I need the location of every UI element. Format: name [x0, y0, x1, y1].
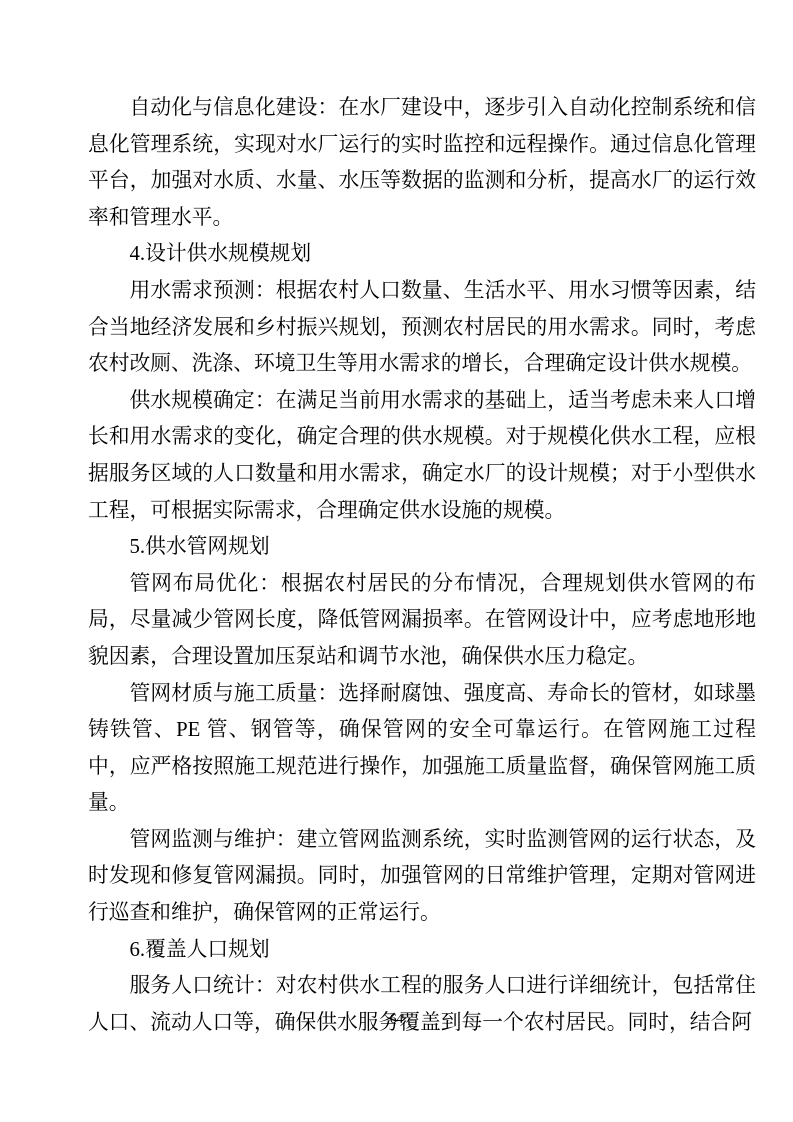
paragraph-supply-scale-determination: 供水规模确定：在满足当前用水需求的基础上，适当考虑未来人口增长和用水需求的变化，… — [88, 383, 756, 529]
page-number: 64 — [0, 1010, 793, 1028]
paragraph-water-demand-forecast: 用水需求预测：根据农村人口数量、生活水平、用水习惯等因素，结合当地经济发展和乡村… — [88, 273, 756, 383]
section-heading-5-pipe-network-planning: 5.供水管网规划 — [88, 529, 756, 566]
paragraph-automation-informatization: 自动化与信息化建设：在水厂建设中，逐步引入自动化控制系统和信息化管理系统，实现对… — [88, 90, 756, 236]
document-page: 自动化与信息化建设：在水厂建设中，逐步引入自动化控制系统和信息化管理系统，实现对… — [0, 0, 793, 1122]
section-heading-4-design-supply-scale: 4.设计供水规模规划 — [88, 236, 756, 273]
paragraph-service-population-statistics: 服务人口统计：对农村供水工程的服务人口进行详细统计，包括常住人口、流动人口等，确… — [88, 968, 756, 1041]
paragraph-network-monitoring-maintenance: 管网监测与维护：建立管网监测系统，实时监测管网的运行状态，及时发现和修复管网漏损… — [88, 822, 756, 932]
paragraph-network-material-construction-quality: 管网材质与施工质量：选择耐腐蚀、强度高、寿命长的管材，如球墨铸铁管、PE 管、钢… — [88, 676, 756, 822]
page-body-text: 自动化与信息化建设：在水厂建设中，逐步引入自动化控制系统和信息化管理系统，实现对… — [88, 90, 756, 1041]
paragraph-network-layout-optimization: 管网布局优化：根据农村居民的分布情况，合理规划供水管网的布局，尽量减少管网长度，… — [88, 566, 756, 676]
section-heading-6-covered-population-planning: 6.覆盖人口规划 — [88, 932, 756, 969]
